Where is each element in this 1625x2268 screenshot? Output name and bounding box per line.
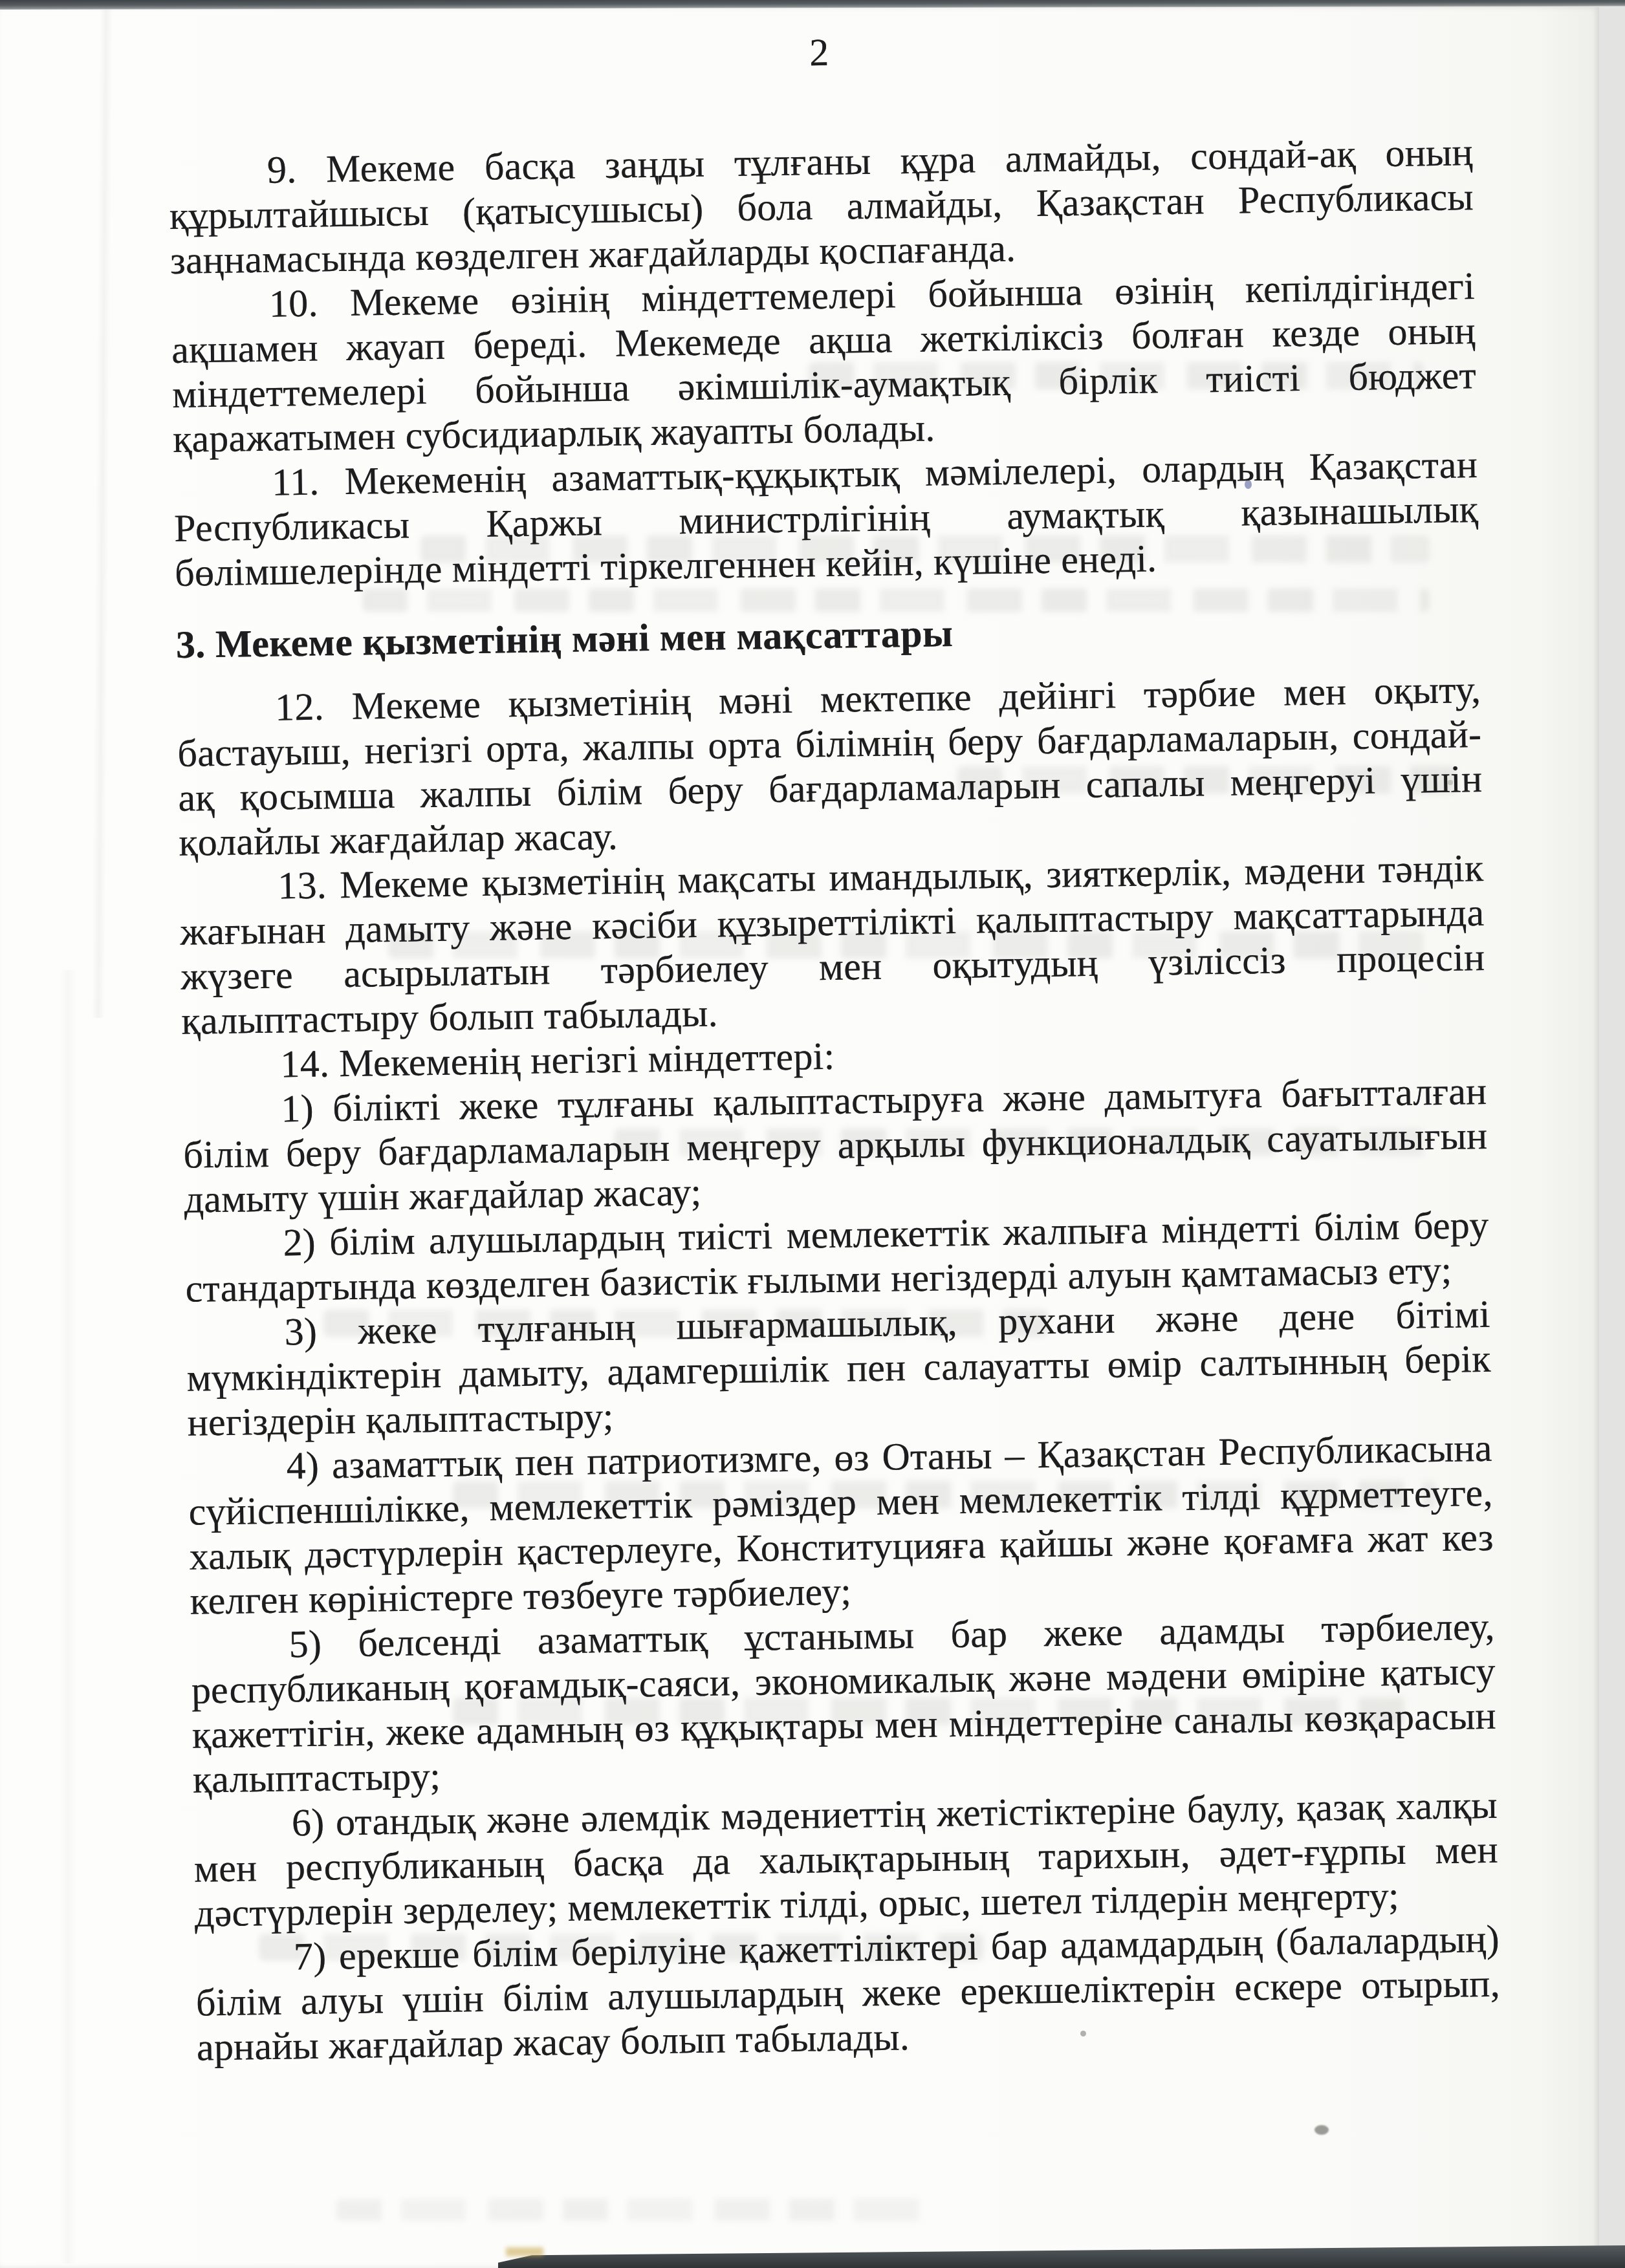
- list-item-1: 1) білікті жеке тұлғаны қалыптастыруға ж…: [182, 1069, 1489, 1222]
- dust-speck: [1314, 2125, 1329, 2135]
- list-item-6: 6) отандық және әлемдік мәдениеттің жеті…: [193, 1783, 1499, 1936]
- scanned-document: { "page": { "number": "2" }, "section_he…: [0, 0, 1625, 2268]
- section-heading: 3. Мекеме қызметінің мәні мен мақсаттары: [175, 603, 1480, 667]
- paragraph-9: 9. Мекеме басқа заңды тұлғаны құра алмай…: [169, 130, 1475, 283]
- bleed-through-artifact: [336, 2199, 938, 2221]
- scanner-edge-smudge: [506, 2247, 543, 2256]
- paragraph-10: 10. Мекеме өзінің міндеттемелері бойынша…: [171, 264, 1478, 462]
- paragraph-12: 12. Мекеме қызметінің мәні мектепке дейі…: [177, 667, 1483, 865]
- document-text-block: 2 9. Мекеме басқа заңды тұлғаны құра алм…: [167, 21, 1501, 2070]
- paragraph-11: 11. Мекеменің азаматтық-құқықтық мәмілел…: [173, 442, 1479, 596]
- list-item-4: 4) азаматтық пен патриотизмге, өз Отаны …: [188, 1426, 1494, 1624]
- list-item-5: 5) белсенді азаматтық ұстанымы бар жеке …: [190, 1604, 1497, 1802]
- list-item-7: 7) ерекше білім берілуіне қажеттіліктері…: [195, 1917, 1501, 2070]
- paragraph-13: 13. Мекеме қызметінің мақсаты имандылық,…: [179, 846, 1486, 1044]
- list-item-3: 3) жеке тұлғаның шығармашылық, рухани жә…: [186, 1292, 1492, 1445]
- page-margin-shade: [60, 970, 76, 2263]
